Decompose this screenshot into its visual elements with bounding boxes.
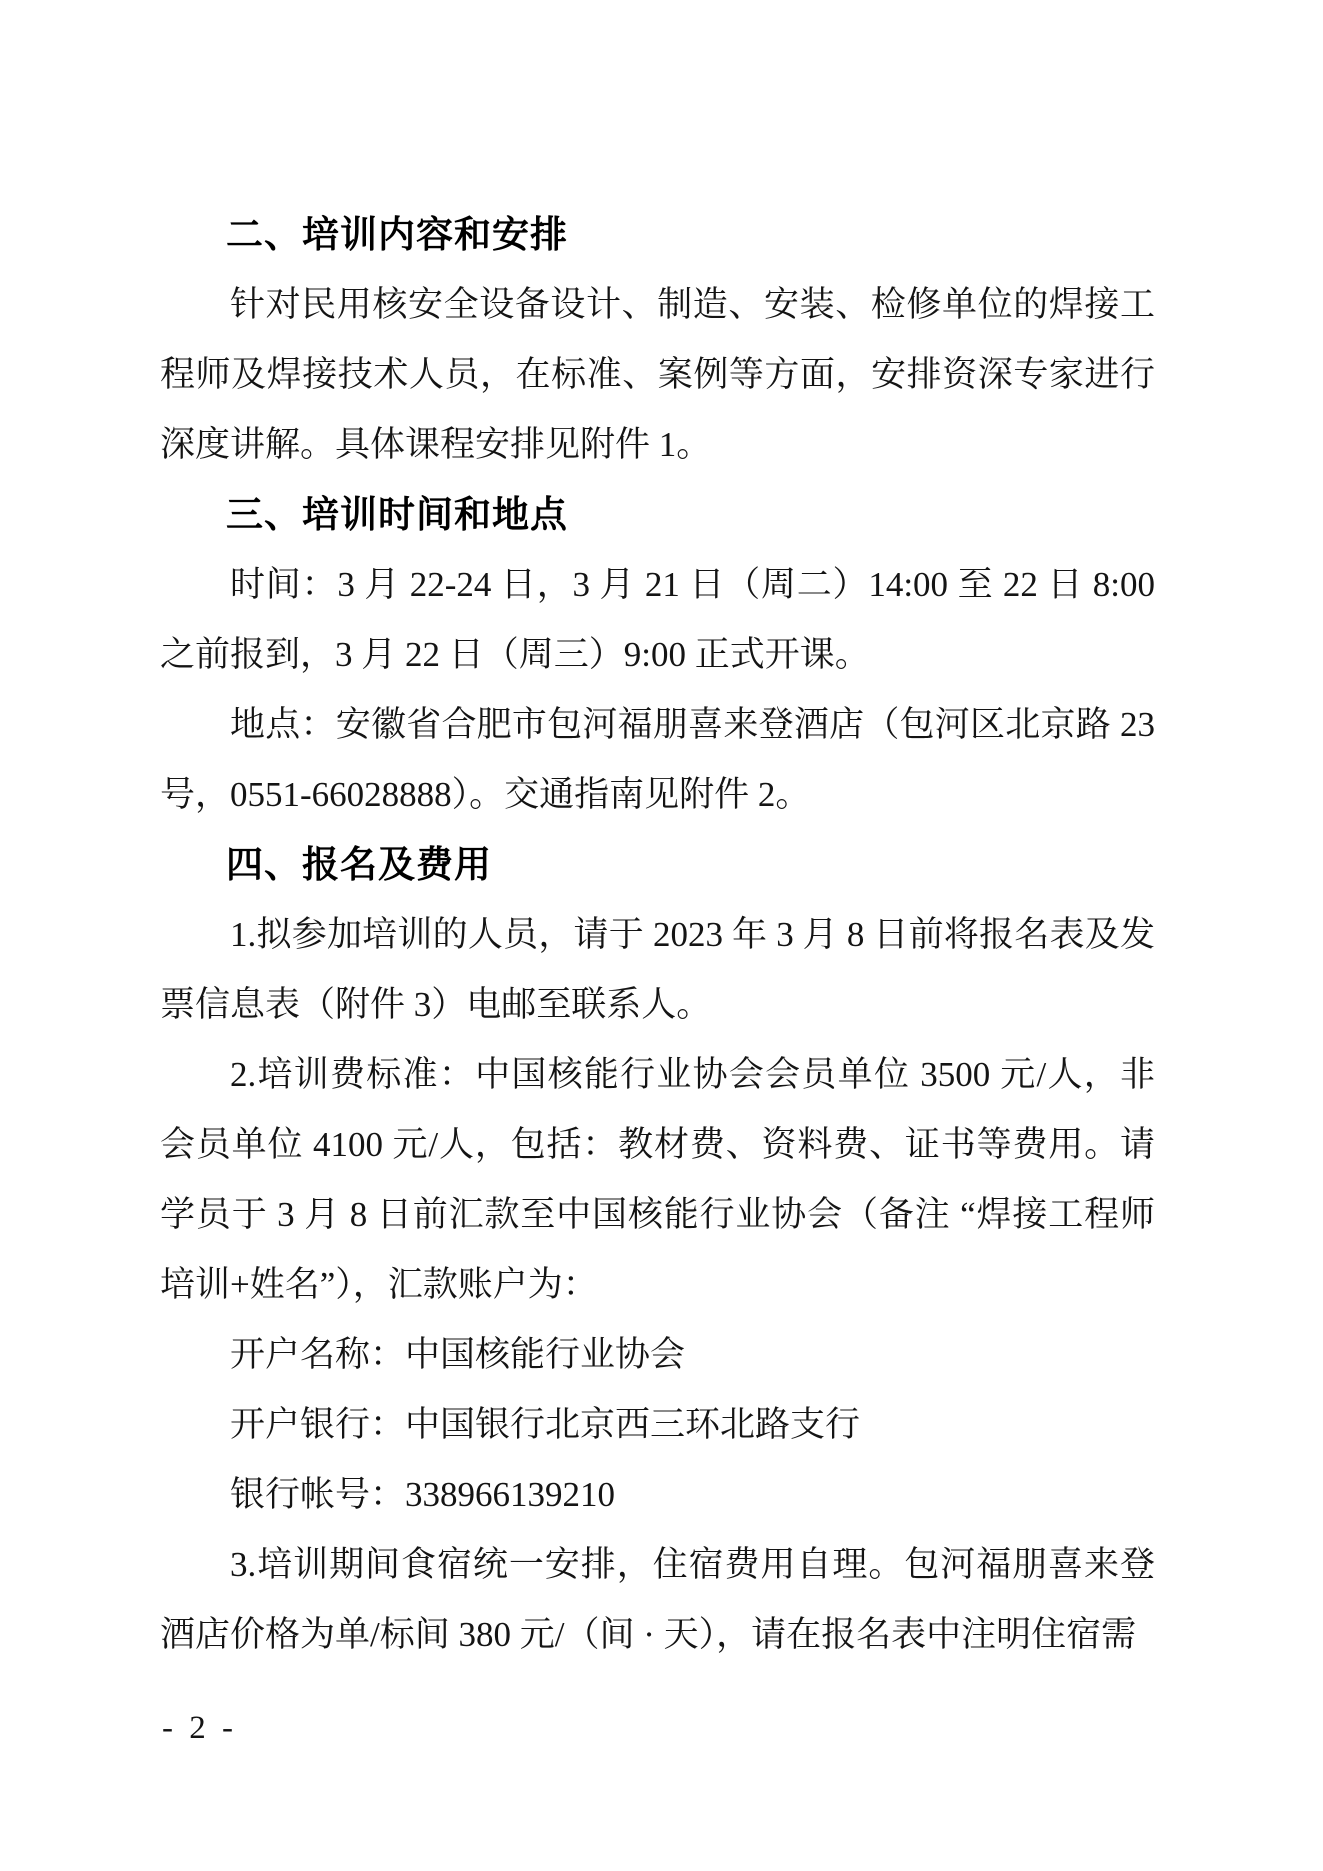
- section-heading-registration-fees: 四、报名及费用: [160, 830, 1155, 900]
- document-body: 二、培训内容和安排 针对民用核安全设备设计、制造、安装、检修单位的焊接工程师及焊…: [160, 200, 1155, 1670]
- paragraph-training-content: 针对民用核安全设备设计、制造、安装、检修单位的焊接工程师及焊接技术人员，在标准、…: [160, 270, 1155, 480]
- section-heading-time-location: 三、培训时间和地点: [160, 480, 1155, 550]
- paragraph-time: 时间：3 月 22-24 日，3 月 21 日（周二）14:00 至 22 日 …: [160, 550, 1155, 690]
- account-name-line: 开户名称：中国核能行业协会: [160, 1320, 1155, 1390]
- paragraph-fees: 2.培训费标准：中国核能行业协会会员单位 3500 元/人，非会员单位 4100…: [160, 1040, 1155, 1320]
- account-number-line: 银行帐号：338966139210: [160, 1460, 1155, 1530]
- document-page: 二、培训内容和安排 针对民用核安全设备设计、制造、安装、检修单位的焊接工程师及焊…: [0, 0, 1323, 1871]
- account-bank-line: 开户银行：中国银行北京西三环北路支行: [160, 1390, 1155, 1460]
- paragraph-location: 地点：安徽省合肥市包河福朋喜来登酒店（包河区北京路 23 号，0551-6602…: [160, 690, 1155, 830]
- section-heading-training-content: 二、培训内容和安排: [160, 200, 1155, 270]
- paragraph-registration: 1.拟参加培训的人员，请于 2023 年 3 月 8 日前将报名表及发票信息表（…: [160, 900, 1155, 1040]
- paragraph-accommodation: 3.培训期间食宿统一安排，住宿费用自理。包河福朋喜来登酒店价格为单/标间 380…: [160, 1530, 1155, 1670]
- page-number: - 2 -: [162, 1708, 237, 1748]
